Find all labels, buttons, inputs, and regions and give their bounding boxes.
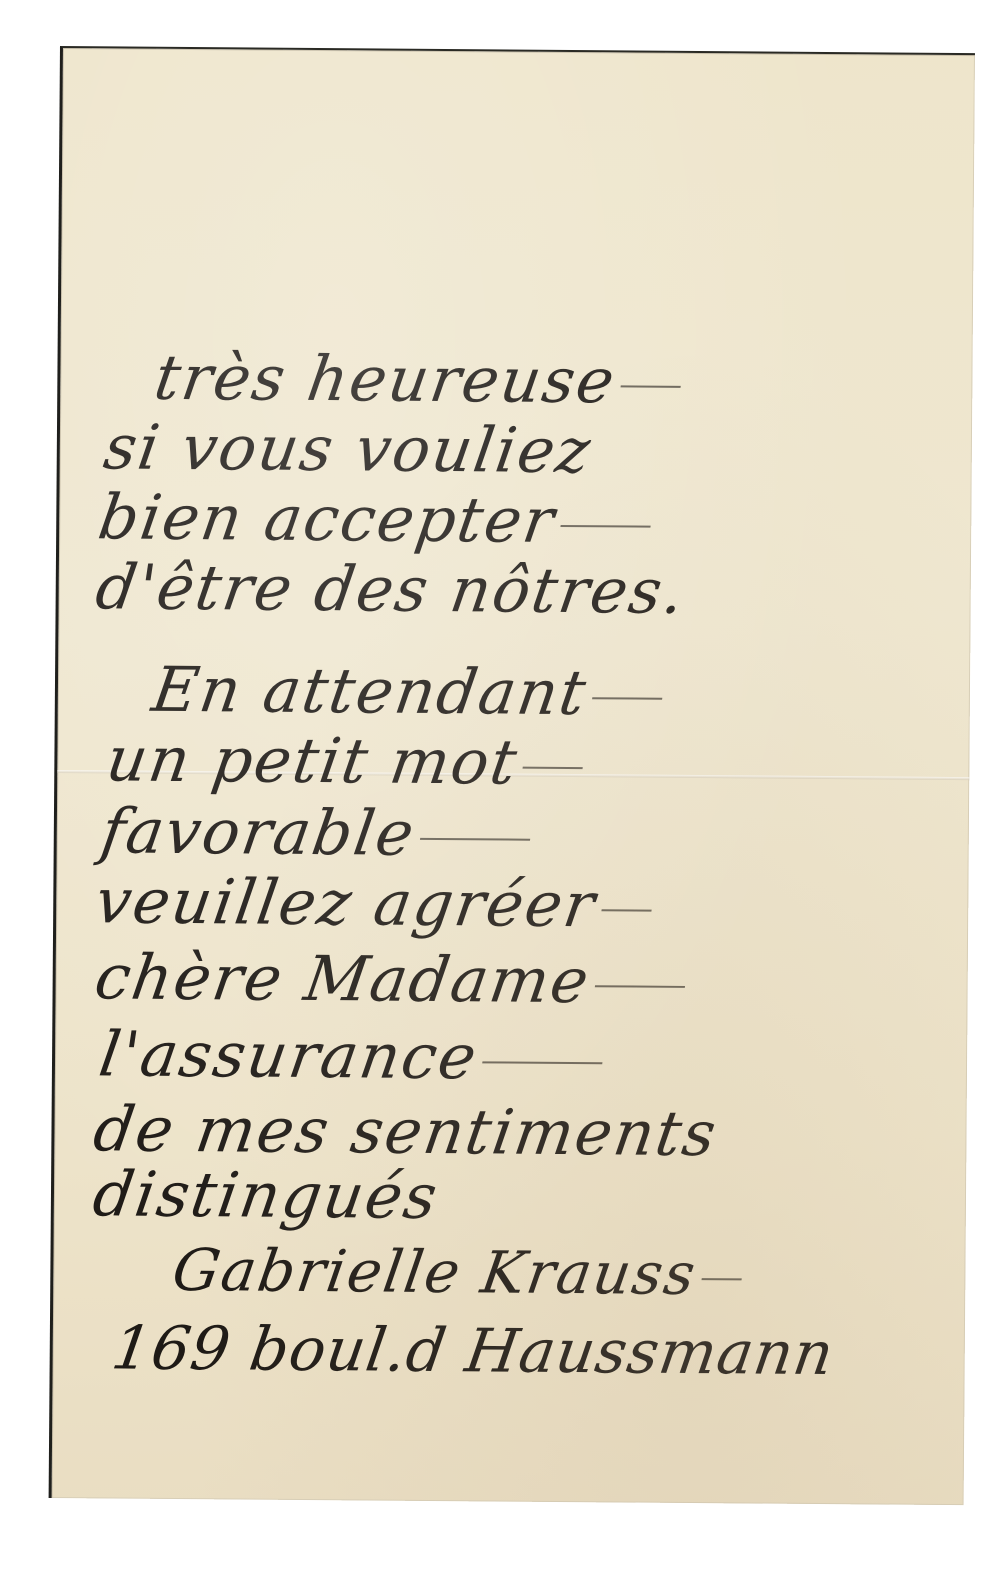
letter-line-1: très heureuse [151,347,686,413]
letter-line-4: d'être des nôtres. [92,556,689,623]
letter-text: l'assurance [95,1017,483,1093]
pen-flourish [601,909,651,911]
letter-page: très heureuse si vous vouliez bien accep… [49,46,975,1505]
pen-flourish [420,838,530,841]
pen-flourish [621,385,681,387]
letter-text: un petit mot [102,722,523,798]
letter-text: très heureuse [150,341,621,418]
letter-line-10: l'assurance [95,1023,608,1089]
letter-text: si vous vouliez [100,410,597,487]
pen-flourish [560,525,650,528]
pen-flourish [592,697,662,700]
letter-line-3: bien accepter [95,486,656,552]
letter-text: En attendant [148,653,593,729]
letter-text: bien accepter [94,480,561,556]
letter-line-9: chère Madame [91,946,690,1013]
sender-address: 169 boul.d Haussmann [108,1318,838,1384]
letter-line-11: de mes sentiments [90,1098,722,1165]
letter-line-7: favorable [97,800,535,865]
letter-line-6: un petit mot [103,728,589,794]
signature-text: Gabrielle Krauss [168,1236,701,1308]
pen-flourish [595,985,685,988]
letter-text: favorable [96,794,420,869]
letter-line-2: si vous vouliez [100,416,596,482]
letter-line-12: distingués [89,1163,442,1228]
letter-text: d'être des nôtres. [91,550,690,628]
letter-text: chère Madame [90,940,595,1017]
signature: Gabrielle Krauss [169,1241,747,1303]
pen-flourish [523,767,583,769]
signature-flourish [702,1278,742,1280]
letter-text: veuillez agréer [91,864,601,941]
address-text: 169 boul.d Haussmann [108,1313,839,1389]
letter-line-5: En attendant [148,659,667,725]
letter-text: distingués [89,1157,444,1233]
pen-flourish [483,1061,603,1064]
letter-line-8: veuillez agréer [92,870,657,936]
